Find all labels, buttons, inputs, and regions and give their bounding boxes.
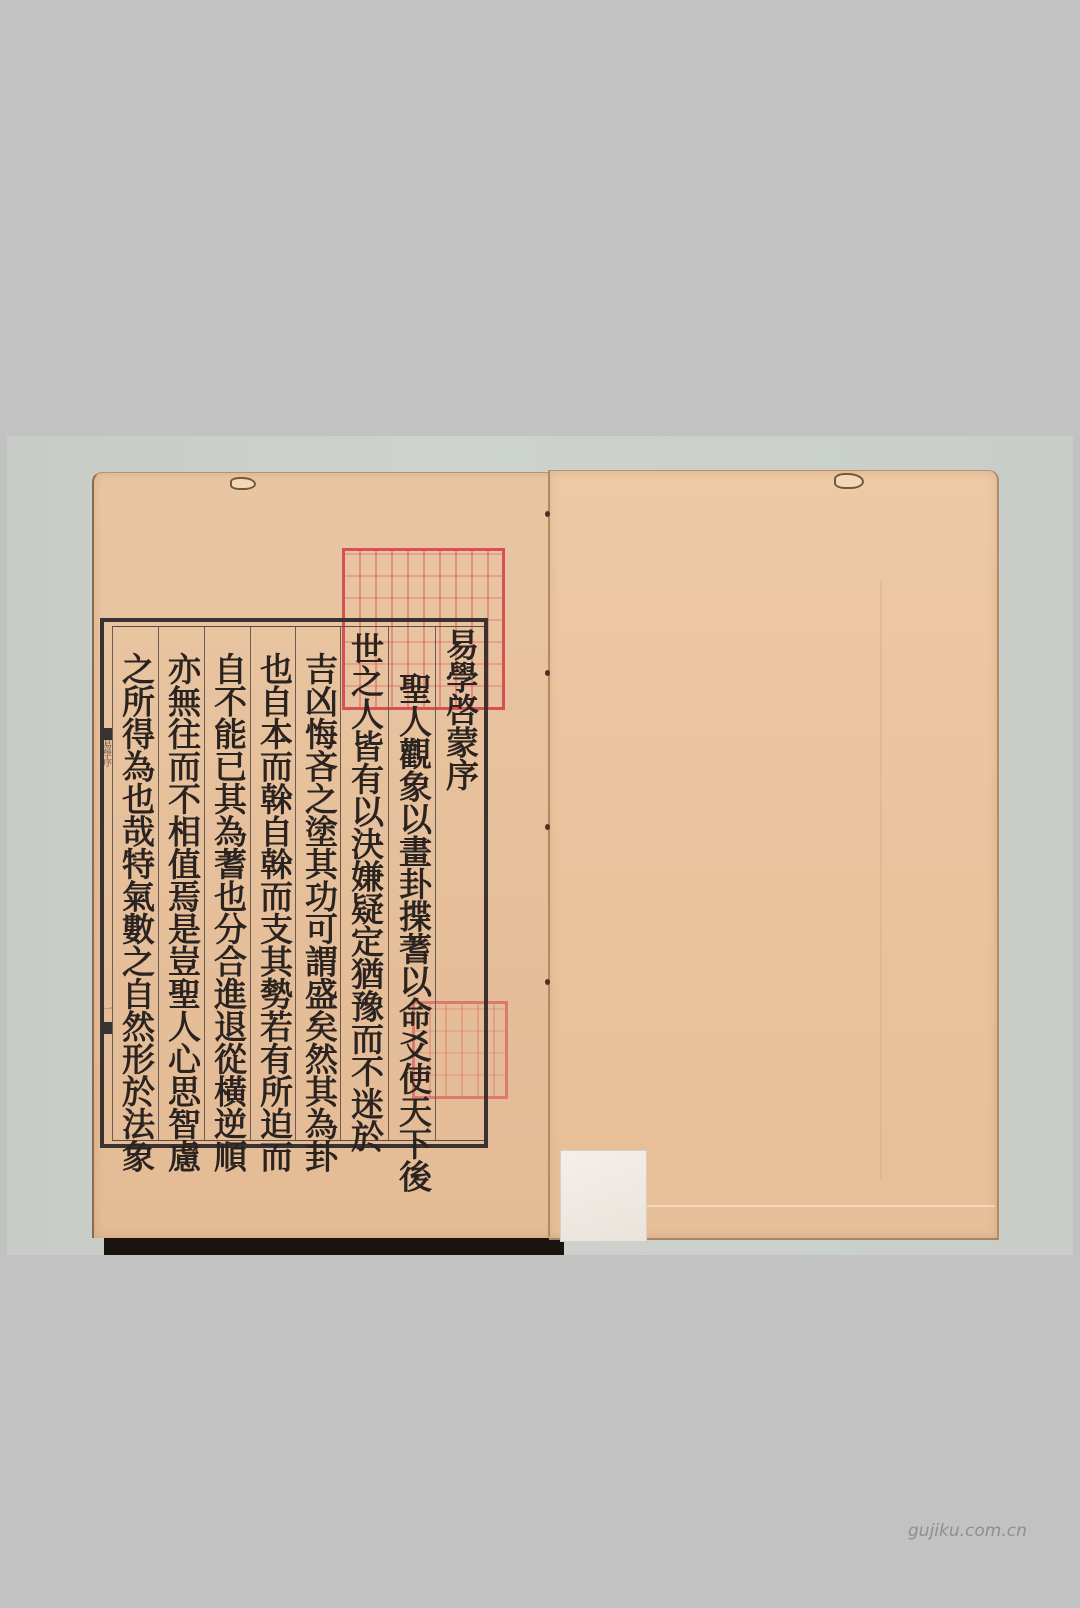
wormhole-damage-icon — [834, 473, 864, 489]
binding-stitch-icon — [545, 670, 550, 676]
fold-column-title: 易學序 — [101, 740, 111, 767]
text-column: 也自本而榦自榦而支其勢若有所迫而 — [251, 652, 297, 1172]
fold-fishtail-icon — [100, 728, 112, 740]
page-crease — [640, 1205, 995, 1207]
text-column: 聖人觀象以畫卦揲蓍以命爻使天下後 — [390, 672, 436, 1192]
text-column: 自不能已其為蓍也分合進退從橫逆順 — [205, 652, 251, 1172]
wormhole-damage-icon — [230, 477, 256, 490]
block-inner-rule — [112, 626, 484, 627]
binding-stitch-icon — [545, 511, 550, 517]
text-column: 之所得為也哉特氣數之自然形於法象 — [113, 652, 159, 1172]
page-fold-crease — [880, 580, 882, 1180]
book-shadow — [104, 1236, 564, 1255]
text-column: 吉凶悔吝之塗其功可謂盛矣然其為卦 — [296, 652, 342, 1172]
text-column-title: 易學啓蒙序 — [437, 628, 483, 791]
paper-label-patch — [560, 1150, 647, 1242]
right-page-blank — [549, 470, 999, 1240]
site-watermark: gujiku.com.cn — [908, 1521, 1027, 1541]
fold-fishtail-icon — [100, 1022, 112, 1034]
fold-page-number: 一 — [101, 1004, 111, 1013]
binding-stitch-icon — [545, 979, 550, 985]
gutter-binding-line — [548, 470, 550, 1237]
text-column: 世之人皆有以決嫌疑定猶豫而不迷於 — [342, 632, 388, 1152]
binding-stitch-icon — [545, 824, 550, 830]
column-rule — [388, 627, 389, 1140]
text-column: 亦無往而不相值焉是豈聖人心思智慮 — [159, 652, 205, 1172]
